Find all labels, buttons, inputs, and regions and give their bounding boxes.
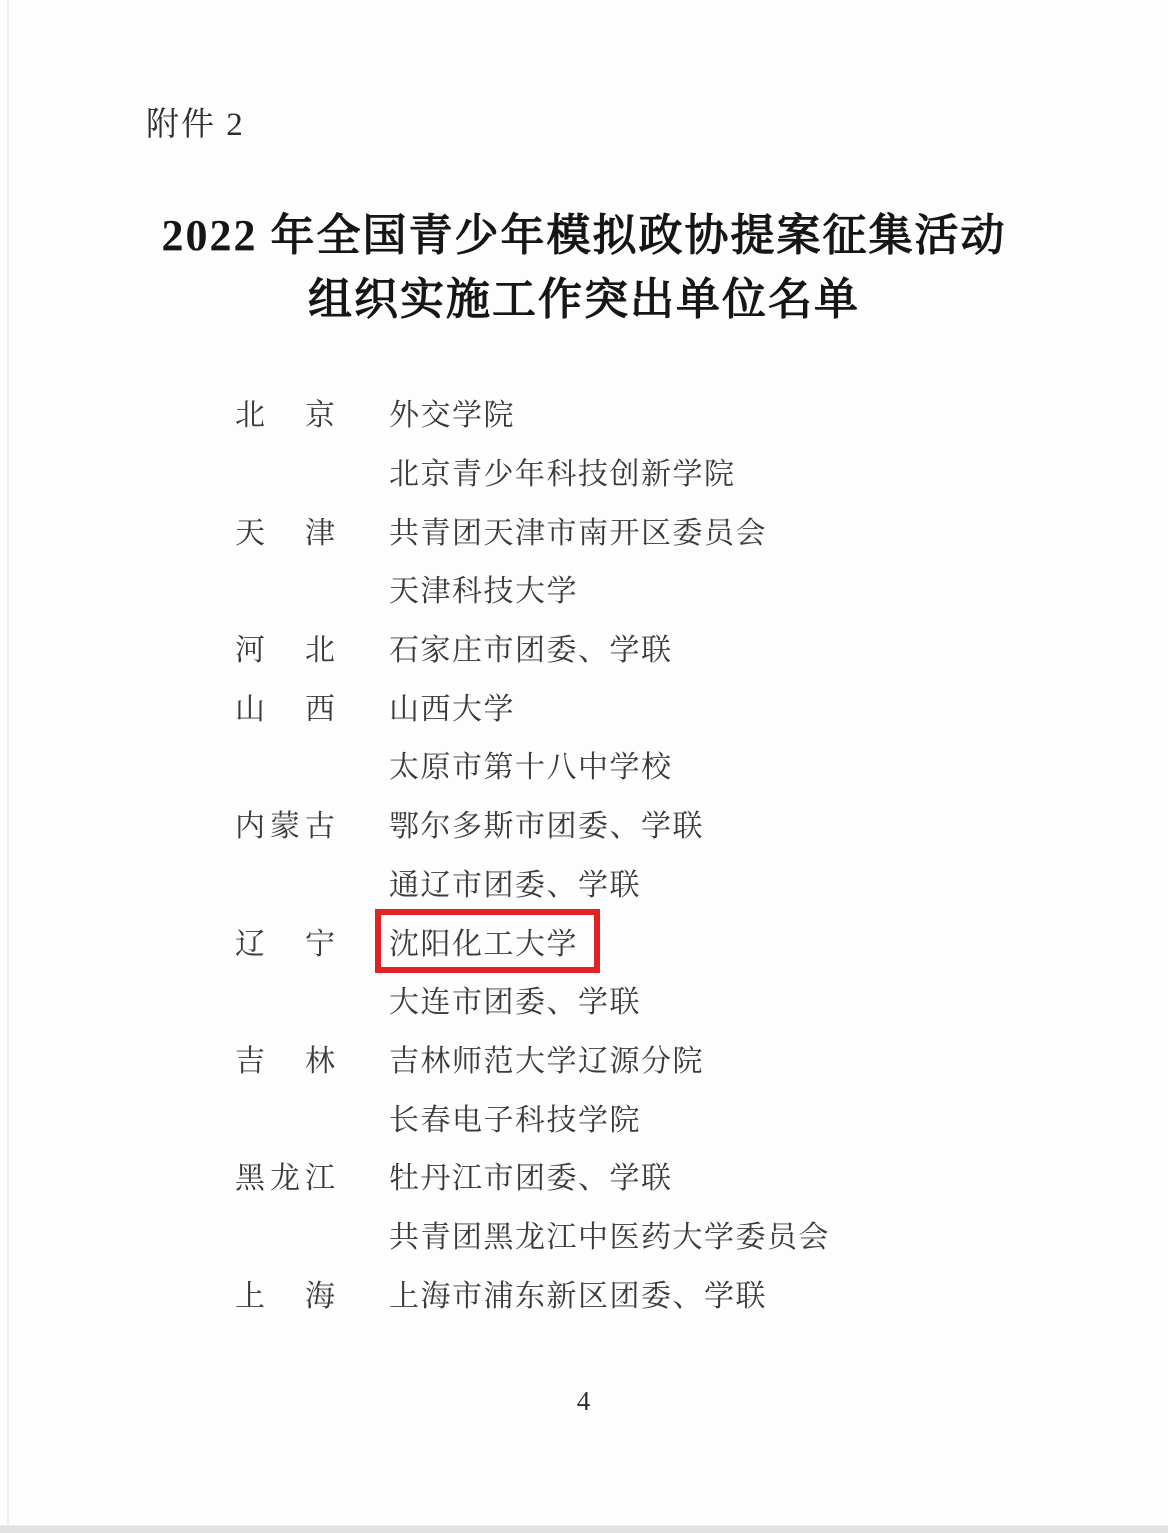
document-title: 2022 年全国青少年模拟政协提案征集活动 组织实施工作突出单位名单 xyxy=(0,204,1168,332)
list-row: 黑龙江 牡丹江市团委、学联 xyxy=(235,1146,1035,1205)
province-label: 吉林 xyxy=(235,1036,335,1080)
list-row: 北京 外交学院 xyxy=(235,383,1035,442)
org-name: 大连市团委、学联 xyxy=(389,977,641,1021)
attachment-label: 附件 2 xyxy=(146,98,245,145)
page-number: 4 xyxy=(0,1386,1168,1417)
list-row: 内蒙古 鄂尔多斯市团委、学联 xyxy=(235,794,1035,853)
list-row: 吉林 吉林师范大学辽源分院 xyxy=(235,1029,1035,1088)
page-edge-bottom xyxy=(0,1525,1168,1533)
document-title-line2: 组织实施工作突出单位名单 xyxy=(0,268,1168,332)
org-name: 通辽市团委、学联 xyxy=(389,860,641,904)
org-name: 石家庄市团委、学联 xyxy=(389,625,673,669)
province-label: 北京 xyxy=(235,390,335,434)
list-row: 长春电子科技学院 xyxy=(235,1087,1035,1146)
list-row: 通辽市团委、学联 xyxy=(235,853,1035,912)
province-label: 上海 xyxy=(235,1271,335,1315)
list-row: 天津科技大学 xyxy=(235,559,1035,618)
list-row: 大连市团委、学联 xyxy=(235,970,1035,1029)
list-row: 共青团黑龙江中医药大学委员会 xyxy=(235,1205,1035,1264)
province-label: 内蒙古 xyxy=(235,801,335,845)
org-name: 北京青少年科技创新学院 xyxy=(389,449,736,493)
province-label: 黑龙江 xyxy=(235,1153,335,1197)
org-name: 天津科技大学 xyxy=(389,566,578,610)
list-row: 山西 山西大学 xyxy=(235,676,1035,735)
org-name: 鄂尔多斯市团委、学联 xyxy=(389,801,704,845)
list-row: 北京青少年科技创新学院 xyxy=(235,442,1035,501)
list-row: 河北 石家庄市团委、学联 xyxy=(235,618,1035,677)
document-page: 附件 2 2022 年全国青少年模拟政协提案征集活动 组织实施工作突出单位名单 … xyxy=(0,0,1168,1533)
list-row: 上海 上海市浦东新区团委、学联 xyxy=(235,1263,1035,1322)
list-row-highlighted: 辽宁 沈阳化工大学 xyxy=(235,911,1035,970)
highlight-box: 沈阳化工大学 xyxy=(375,909,600,973)
org-name: 共青团黑龙江中医药大学委员会 xyxy=(389,1212,830,1256)
province-label: 河北 xyxy=(235,625,335,669)
org-name: 吉林师范大学辽源分院 xyxy=(389,1036,704,1080)
org-name: 长春电子科技学院 xyxy=(389,1095,641,1139)
unit-list: 北京 外交学院 北京青少年科技创新学院 天津 共青团天津市南开区委员会 天津科技… xyxy=(235,383,1035,1322)
province-label: 天津 xyxy=(235,508,335,552)
province-label: 辽宁 xyxy=(235,919,335,963)
org-name: 牡丹江市团委、学联 xyxy=(389,1153,673,1197)
org-name: 山西大学 xyxy=(389,684,515,728)
org-name: 上海市浦东新区团委、学联 xyxy=(389,1271,767,1315)
list-row: 太原市第十八中学校 xyxy=(235,735,1035,794)
document-title-line1: 2022 年全国青少年模拟政协提案征集活动 xyxy=(0,204,1168,268)
list-row: 天津 共青团天津市南开区委员会 xyxy=(235,500,1035,559)
org-name: 共青团天津市南开区委员会 xyxy=(389,508,767,552)
province-label: 山西 xyxy=(235,684,335,728)
org-name: 太原市第十八中学校 xyxy=(389,742,673,786)
org-name: 外交学院 xyxy=(389,390,515,434)
